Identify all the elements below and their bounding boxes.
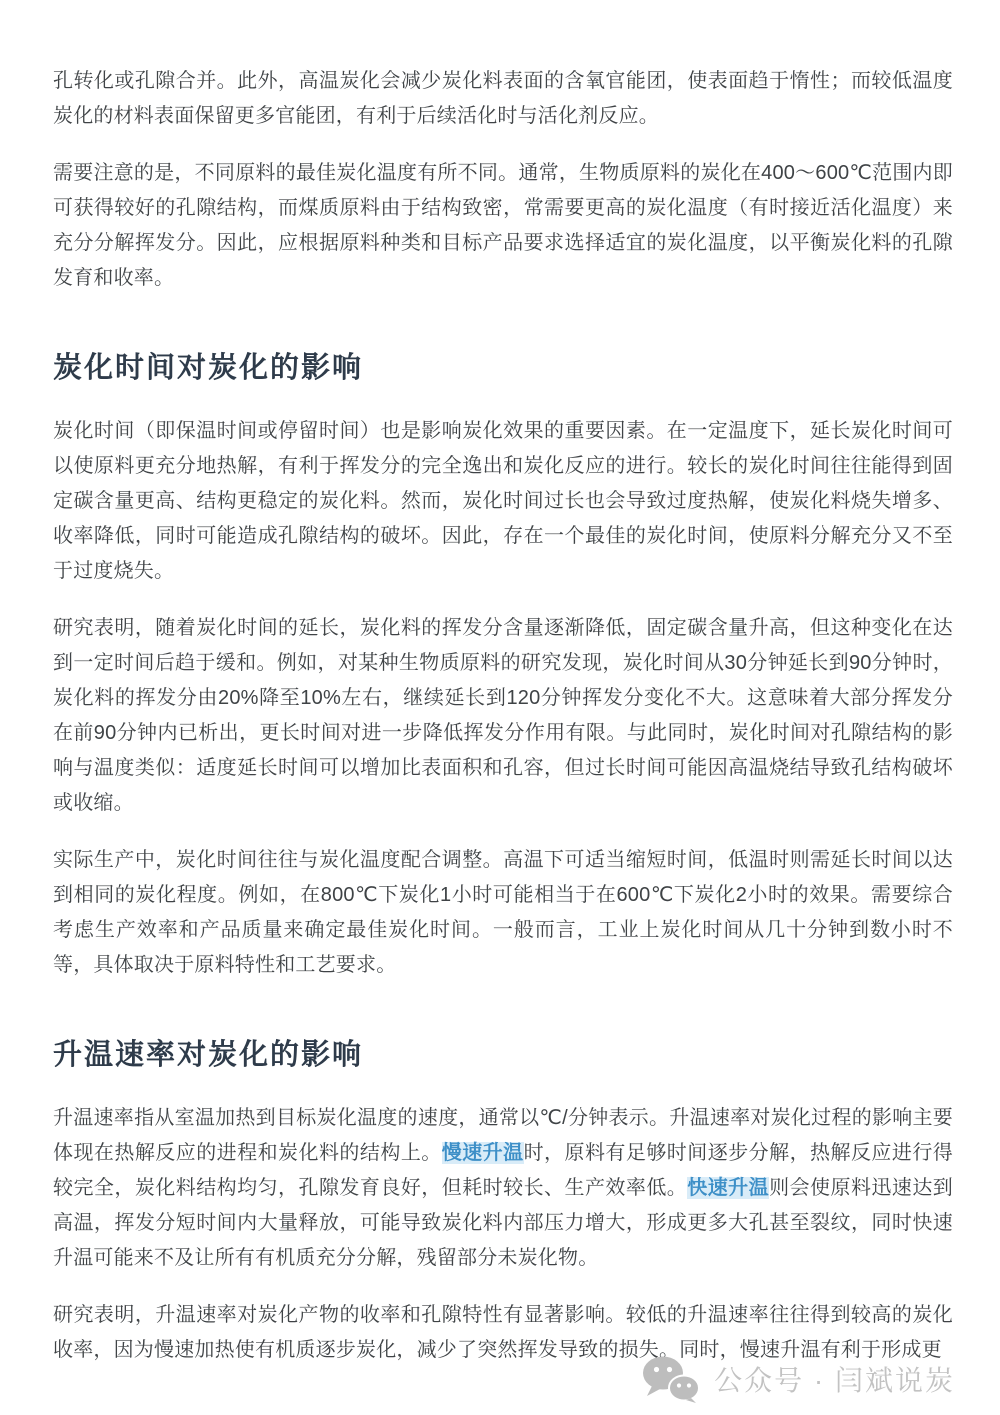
paragraph-time-research: 研究表明，随着炭化时间的延长，炭化料的挥发分含量逐渐降低，固定碳含量升高，但这种…	[53, 611, 953, 821]
link-fast-heating[interactable]: 快速升温	[687, 1177, 769, 1199]
paragraph-heating-rate-intro: 升温速率指从室温加热到目标炭化温度的速度，通常以℃/分钟表示。升温速率对炭化过程…	[53, 1101, 953, 1276]
paragraph-temperature-note: 需要注意的是，不同原料的最佳炭化温度有所不同。通常，生物质原料的炭化在400～6…	[53, 156, 953, 296]
watermark-label: 公众号 · 闫斌说炭	[714, 1359, 955, 1399]
paragraph-time-production: 实际生产中，炭化时间往往与炭化温度配合调整。高温下可适当缩短时间，低温时则需延长…	[53, 843, 953, 983]
link-slow-heating[interactable]: 慢速升温	[442, 1142, 524, 1164]
article-page: 孔转化或孔隙合并。此外，高温炭化会减少炭化料表面的含氧官能团，使表面趋于惰性；而…	[0, 0, 1000, 1368]
section-heading-carbonization-time: 炭化时间对炭化的影响	[53, 350, 953, 386]
watermark: 公众号 · 闫斌说炭	[642, 1355, 955, 1403]
wechat-icon	[642, 1355, 700, 1403]
section-heading-heating-rate: 升温速率对炭化的影响	[53, 1037, 953, 1073]
paragraph-temperature-continued: 孔转化或孔隙合并。此外，高温炭化会减少炭化料表面的含氧官能团，使表面趋于惰性；而…	[53, 64, 953, 134]
paragraph-time-intro: 炭化时间（即保温时间或停留时间）也是影响炭化效果的重要因素。在一定温度下，延长炭…	[53, 414, 953, 589]
